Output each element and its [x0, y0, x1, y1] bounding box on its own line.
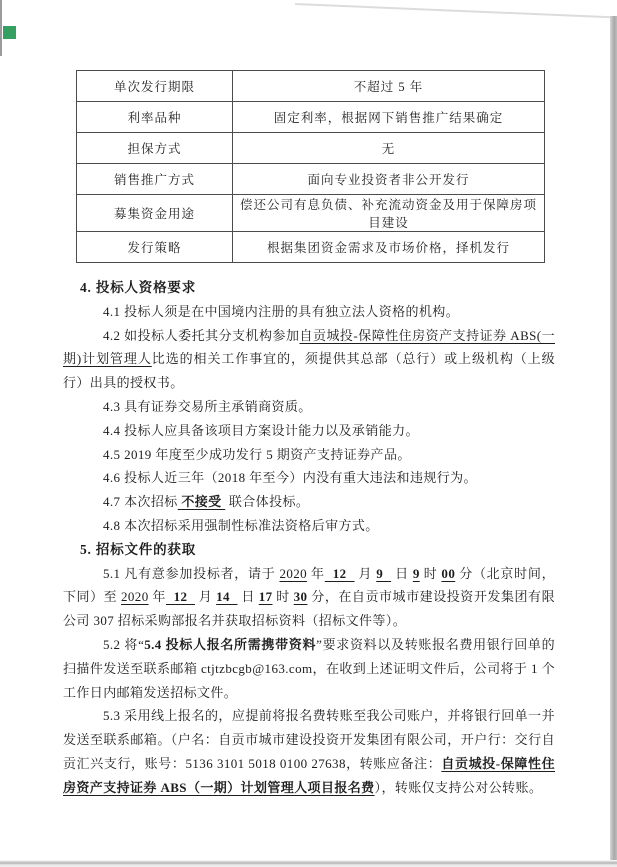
page-top-edge: [295, 3, 617, 18]
text-segment: 月: [355, 566, 377, 581]
text-segment: 4.8 本次招标采用强制性标准法资格后审方式。: [103, 518, 379, 533]
paragraph: 4.8 本次招标采用强制性标准法资格后审方式。: [63, 514, 555, 538]
paragraph: 5.2 将“5.4 投标人报名所需携带资料”要求资料以及转账报名费用银行回单的扫…: [63, 633, 555, 704]
table-row-label: 单次发行期限: [77, 71, 233, 102]
text-segment: 不接受: [178, 494, 226, 509]
text-segment: 14: [216, 589, 237, 604]
text-segment: 日: [391, 566, 413, 581]
scanned-document: { "page": { "marker_color": "#35a062", "…: [0, 0, 617, 867]
text-segment: 时: [273, 589, 294, 604]
table-row: 单次发行期限不超过 5 年: [77, 71, 545, 102]
text-segment: 12: [166, 589, 195, 604]
text-segment: 2020: [121, 589, 149, 604]
text-segment: 4.6 投标人近三年（2018 年至今）内没有重大违法和违规行为。: [103, 470, 477, 485]
table-row-value: 偿还公司有息负债、补充流动资金及用于保障房项目建设: [233, 195, 545, 232]
text-segment: 12: [325, 566, 355, 581]
paragraph: 4.7 本次招标 不接受 联合体投标。: [63, 490, 555, 514]
text-segment: 4.2 如投标人委托其分支机构参加: [103, 328, 299, 343]
paragraph: 4.2 如投标人委托其分支机构参加自贡城投-保障性住房资产支持证券 ABS(一期…: [63, 324, 555, 395]
paragraph: 4.6 投标人近三年（2018 年至今）内没有重大违法和违规行为。: [63, 466, 555, 490]
text-segment: 月: [195, 589, 216, 604]
table-row-value: 不超过 5 年: [233, 71, 545, 102]
table-row-label: 募集资金用途: [77, 195, 233, 232]
text-segment: 5.4 投标人报名所需携带资料: [144, 637, 316, 652]
section-heading: 4. 投标人资格要求: [63, 276, 555, 300]
table-row: 利率品种固定利率，根据网下销售推广结果确定: [77, 102, 545, 133]
table-row-label: 担保方式: [77, 133, 233, 164]
table-row: 发行策略根据集团资金需求及市场价格，择机发行: [77, 232, 545, 263]
section-heading: 5. 招标文件的获取: [63, 538, 555, 562]
table-row: 担保方式无: [77, 133, 545, 164]
paragraph: 4.4 投标人应具备该项目方案设计能力以及承销能力。: [63, 419, 555, 443]
table-row: 销售推广方式面向专业投资者非公开发行: [77, 164, 545, 195]
text-segment: 9: [376, 566, 391, 581]
text-segment: 4.1 投标人须是在中国境内注册的具有独立法人资格的机构。: [103, 304, 459, 319]
text-segment: 4.5 2019 年度至少成功发行 5 期资产支持证券产品。: [103, 447, 411, 462]
text-segment: 5.1 凡有意参加投标者，请于: [103, 566, 279, 581]
text-segment: 年: [307, 566, 325, 581]
text-segment: ），转账仅支持公对公转账。: [375, 780, 543, 795]
issuance-spec-table-body: 单次发行期限不超过 5 年利率品种固定利率，根据网下销售推广结果确定担保方式无销…: [77, 71, 545, 263]
table-row-value: 固定利率，根据网下销售推广结果确定: [233, 102, 545, 133]
table-row-label: 利率品种: [77, 102, 233, 133]
issuance-spec-table: 单次发行期限不超过 5 年利率品种固定利率，根据网下销售推广结果确定担保方式无销…: [76, 70, 545, 263]
paragraph: 4.3 具有证券交易所主承销商资质。: [63, 395, 555, 419]
table-row: 募集资金用途偿还公司有息负债、补充流动资金及用于保障房项目建设: [77, 195, 545, 232]
text-segment: 联合体投标。: [225, 494, 309, 509]
text-segment: 9: [413, 566, 420, 581]
text-segment: 时: [420, 566, 442, 581]
page-right-edge: [610, 16, 617, 867]
text-segment: 5.2 将“: [103, 637, 144, 652]
text-segment: 30: [294, 589, 308, 604]
text-segment: 年: [149, 589, 166, 604]
scan-left-edge-line: [0, 0, 2, 56]
table-row-value: 无: [233, 133, 545, 164]
text-segment: 日: [238, 589, 259, 604]
green-marker-square: [3, 26, 16, 39]
document-body: 4. 投标人资格要求4.1 投标人须是在中国境内注册的具有独立法人资格的机构。4…: [63, 276, 555, 800]
table-row-value: 根据集团资金需求及市场价格，择机发行: [233, 232, 545, 263]
table-row-value: 面向专业投资者非公开发行: [233, 164, 545, 195]
text-segment: 2020: [279, 566, 307, 581]
text-segment: 17: [259, 589, 273, 604]
paragraph: 4.5 2019 年度至少成功发行 5 期资产支持证券产品。: [63, 443, 555, 467]
text-segment: 4.7 本次招标: [103, 494, 178, 509]
text-segment: 4.3 具有证券交易所主承销商资质。: [103, 399, 312, 414]
table-row-label: 发行策略: [77, 232, 233, 263]
paragraph: 5.3 采用线上报名的，应提前将报名费转账至我公司账户，并将银行回单一并发送至联…: [63, 704, 555, 799]
page-bottom-edge: [0, 860, 617, 867]
text-segment: 4.4 投标人应具备该项目方案设计能力以及承销能力。: [103, 423, 419, 438]
paragraph: 5.1 凡有意参加投标者，请于 2020 年 12 月 9 日 9 时 00 分…: [63, 562, 555, 633]
paragraph: 4.1 投标人须是在中国境内注册的具有独立法人资格的机构。: [63, 300, 555, 324]
table-row-label: 销售推广方式: [77, 164, 233, 195]
text-segment: 00: [441, 566, 455, 581]
